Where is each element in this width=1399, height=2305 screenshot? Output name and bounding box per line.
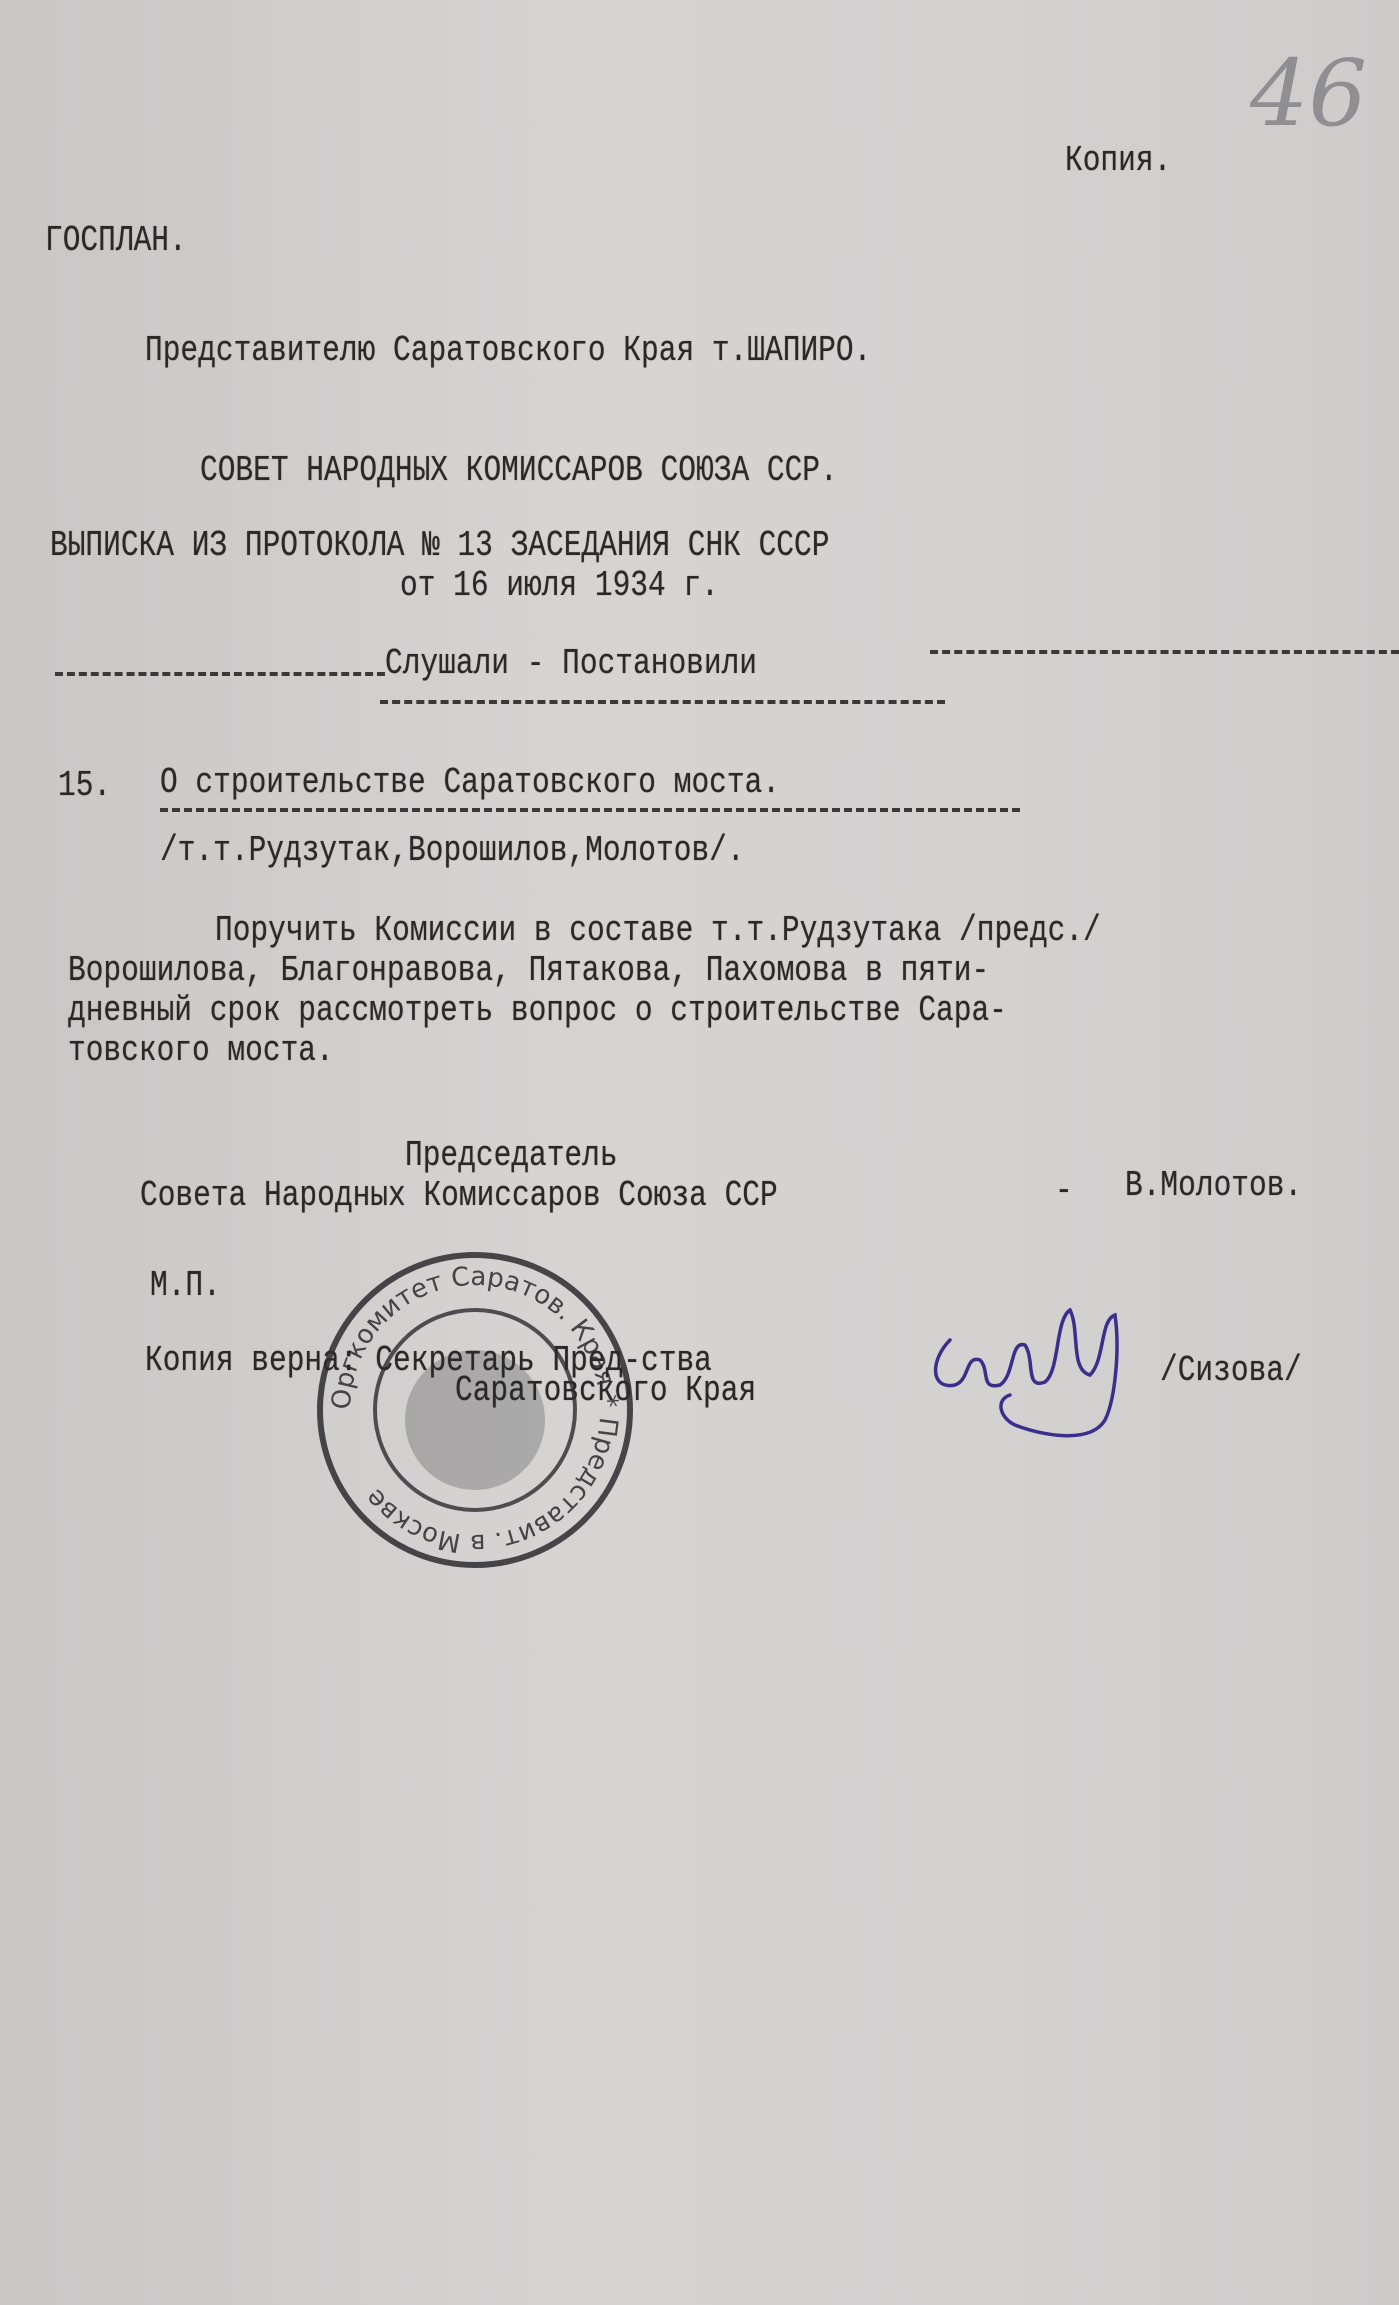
addressee-org: ГОСПЛАН. xyxy=(45,220,187,261)
decision-line-4: товского моста. xyxy=(68,1030,334,1071)
chair-title: Председатель xyxy=(405,1135,618,1176)
decision-line-2: Ворошилова, Благонравова, Пятакова, Пахо… xyxy=(68,950,989,991)
official-stamp-icon: Оргкомитет Саратов. Края * Представит. в… xyxy=(310,1245,640,1575)
section-header: Слушали - Постановили xyxy=(385,643,757,684)
handwritten-page-number: 46 xyxy=(1250,40,1367,147)
secretary-name: /Сизова/ xyxy=(1160,1350,1302,1391)
extract-date: от 16 июля 1934 г. xyxy=(400,565,719,606)
copy-mark: Копия. xyxy=(1065,140,1171,181)
chair-org: Совета Народных Комиссаров Союза ССР xyxy=(140,1175,778,1216)
chair-name: В.Молотов. xyxy=(1125,1165,1302,1206)
divider-left xyxy=(55,672,385,676)
extract-title: ВЫПИСКА ИЗ ПРОТОКОЛА № 13 ЗАСЕДАНИЯ СНК … xyxy=(50,525,829,566)
item-speakers: /т.т.Рудзутак,Ворошилов,Молотов/. xyxy=(160,830,745,871)
item-number: 15. xyxy=(58,765,111,806)
decision-line-3: дневный срок рассмотреть вопрос о строит… xyxy=(68,990,1007,1031)
chair-separator: - xyxy=(1055,1170,1073,1211)
decision-line-1: Поручить Комиссии в составе т.т.Рудзутак… xyxy=(215,910,1101,951)
addressee-person: Представителю Саратовского Края т.ШАПИРО… xyxy=(145,330,871,371)
seal-mark: М.П. xyxy=(150,1265,221,1306)
signature-icon xyxy=(920,1300,1150,1450)
item-subject: О строительстве Саратовского моста. xyxy=(160,762,780,803)
item-underline xyxy=(160,808,1020,812)
section-underline xyxy=(380,700,945,704)
council-title: СОВЕТ НАРОДНЫХ КОМИССАРОВ СОЮЗА ССР. xyxy=(200,450,838,491)
divider-right xyxy=(930,650,1399,654)
